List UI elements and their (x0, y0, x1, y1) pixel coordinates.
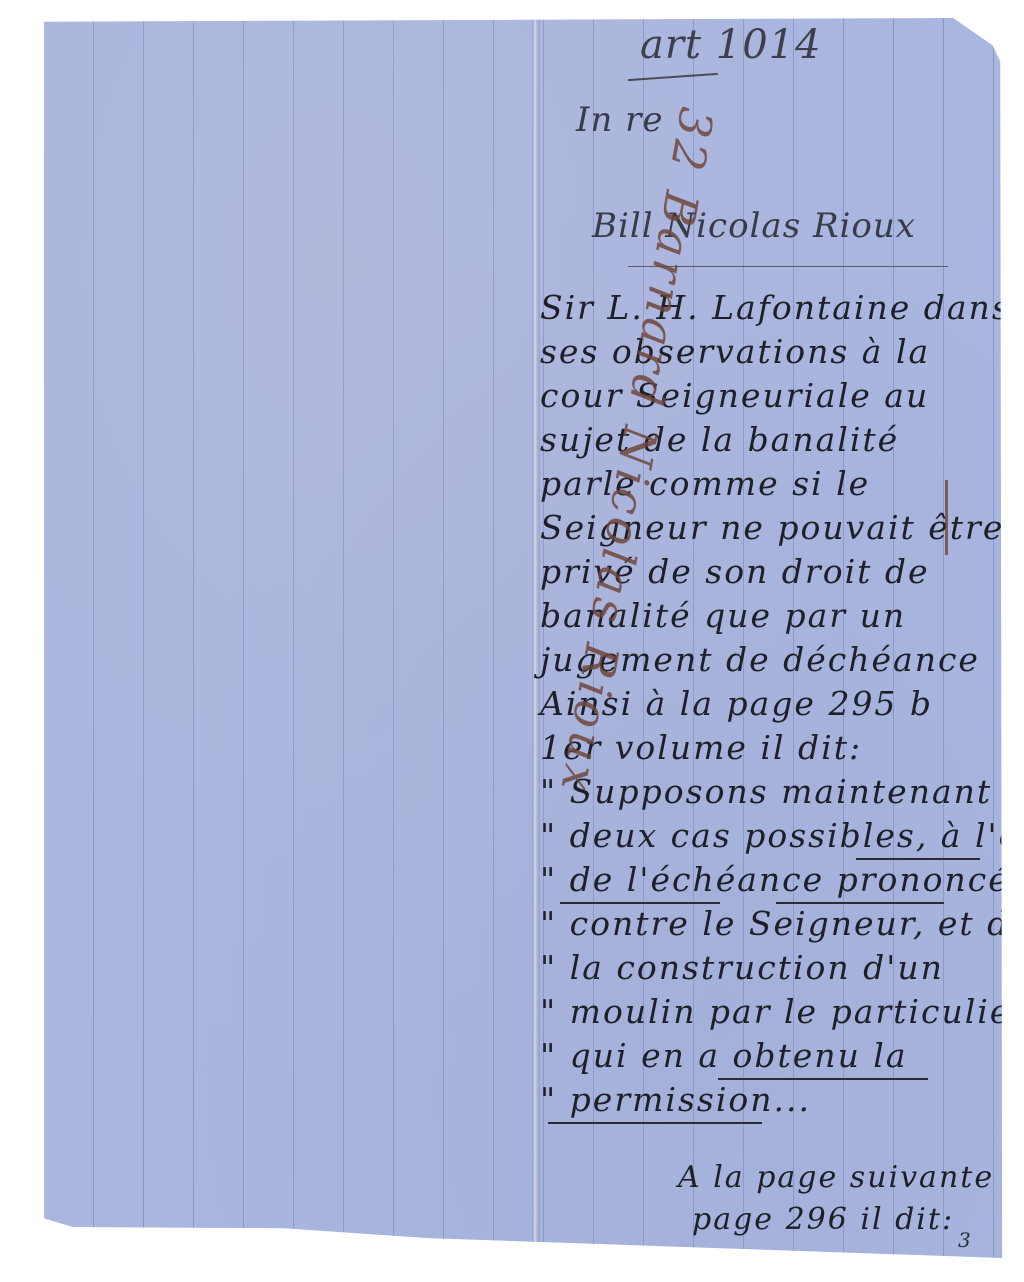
quote-line: " contre le Seigneur, et de (540, 904, 1024, 943)
quote-line: " qui en a obtenu la (540, 1036, 908, 1075)
body-line: cour Seigneuriale au (540, 376, 929, 415)
underline-permission (548, 1122, 762, 1124)
manuscript-sheet: art 1014 In re Bill Nicolas Rioux Sir L.… (44, 18, 1006, 1258)
quote-line: " la construction d'un (540, 948, 944, 987)
heading-in-re: In re (576, 100, 664, 140)
reference-number: art 1014 (640, 22, 822, 68)
quote-line: " deux cas possibles, à l'époque (540, 816, 1024, 855)
left-page-blank (44, 18, 532, 1258)
body-line: sujet de la banalité (540, 420, 899, 459)
heading-bill-title: Bill Nicolas Rioux (592, 206, 916, 246)
quote-line: " Supposons maintenant (540, 772, 992, 811)
quote-line: " permission... (540, 1080, 811, 1119)
center-fold (532, 18, 540, 1258)
body-line: Sir L. H. Lafontaine dans (540, 288, 1011, 327)
quote-line: " moulin par le particulier (540, 992, 1024, 1031)
closing-line: page 296 il dit: (692, 1202, 954, 1237)
reference-underline (628, 73, 718, 81)
annotation-stroke (945, 480, 948, 555)
right-page: art 1014 In re Bill Nicolas Rioux Sir L.… (540, 18, 1006, 1258)
page-marker: 3 (958, 1228, 971, 1252)
quote-line: " de l'échéance prononcée (540, 860, 1024, 899)
body-line: parle comme si le (540, 464, 870, 503)
closing-line: A la page suivante (678, 1160, 994, 1195)
body-line: ses observations à la (540, 332, 930, 371)
